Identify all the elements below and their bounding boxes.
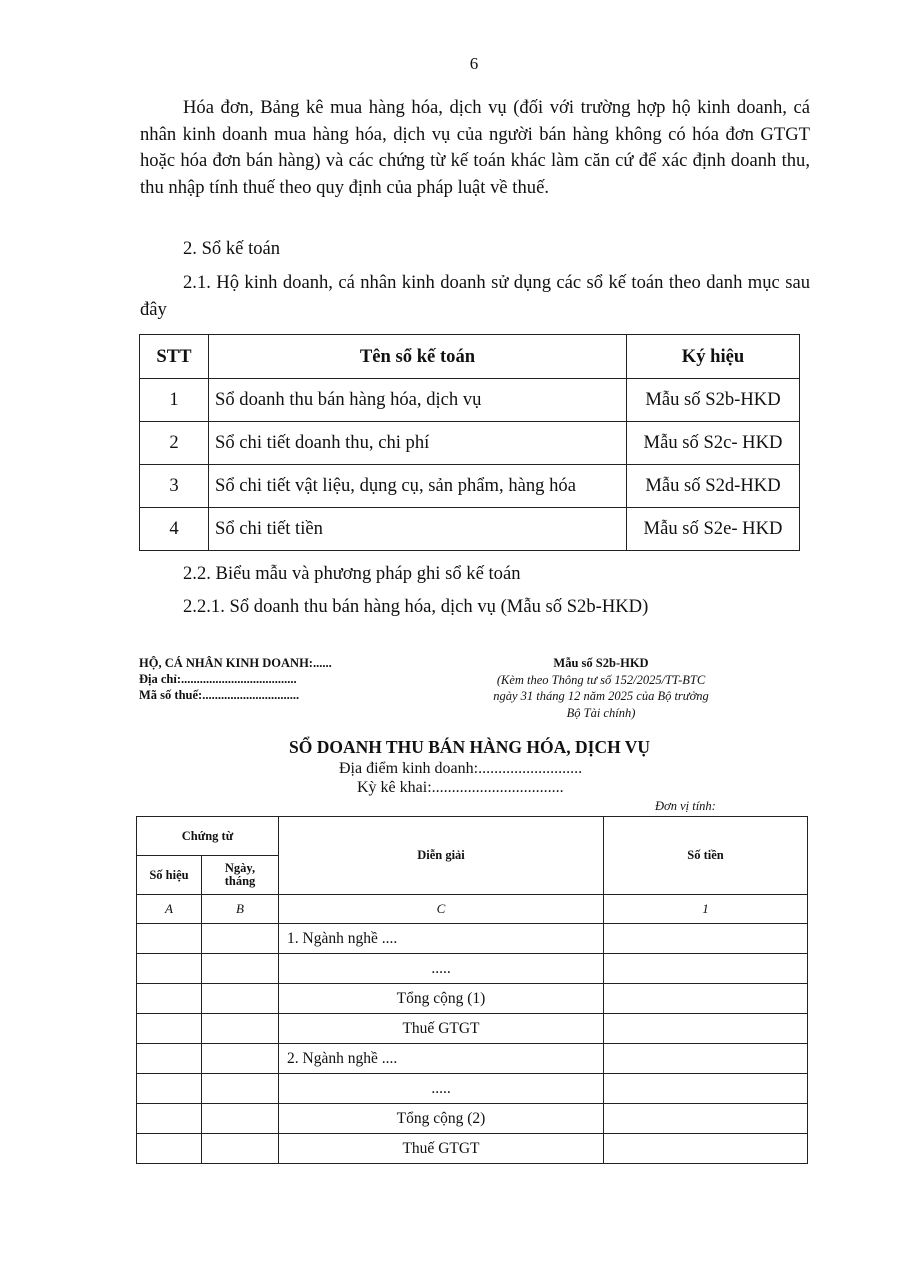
cell-doc-date — [202, 1044, 279, 1074]
cell-code: Mẫu số S2c- HKD — [627, 422, 800, 465]
cell-stt: 3 — [140, 465, 209, 508]
ledger-list-table: STT Tên sổ kế toán Ký hiệu 1 Sổ doanh th… — [139, 334, 800, 551]
section-heading-2-2-1: 2.2.1. Sổ doanh thu bán hàng hóa, dịch v… — [140, 594, 810, 621]
form-reference-line: Bộ Tài chính) — [467, 705, 735, 722]
table-row: 4 Sổ chi tiết tiền Mẫu số S2e- HKD — [140, 508, 800, 551]
table-header-row: STT Tên sổ kế toán Ký hiệu — [140, 335, 800, 379]
cell-name: Sổ chi tiết vật liệu, dụng cụ, sản phẩm,… — [209, 465, 627, 508]
cell-name: Sổ chi tiết doanh thu, chi phí — [209, 422, 627, 465]
section-2-1-paragraph: 2.1. Hộ kinh doanh, cá nhân kinh doanh s… — [140, 270, 810, 323]
cell-description: ..... — [279, 954, 604, 984]
form-reference-line: ngày 31 tháng 12 năm 2025 của Bộ trưởng — [467, 688, 735, 705]
cell-stt: 2 — [140, 422, 209, 465]
cell-amount — [604, 984, 808, 1014]
table-row: 1 Sổ doanh thu bán hàng hóa, dịch vụ Mẫu… — [140, 379, 800, 422]
column-letter: C — [279, 895, 604, 924]
cell-description: Thuế GTGT — [279, 1014, 604, 1044]
form-reference-line: (Kèm theo Thông tư số 152/2025/TT-BTC — [467, 672, 735, 689]
table-row: Thuế GTGT — [137, 1134, 808, 1164]
cell-doc-number — [137, 1074, 202, 1104]
cell-description: 1. Ngành nghề .... — [279, 924, 604, 954]
table-header-row: Chứng từ Diễn giải Số tiền — [137, 817, 808, 856]
declaration-period-field: Kỳ kê khai:.............................… — [357, 779, 564, 797]
table-row: Tổng cộng (1) — [137, 984, 808, 1014]
cell-doc-number — [137, 924, 202, 954]
column-letter: 1 — [604, 895, 808, 924]
cell-description: ..... — [279, 1074, 604, 1104]
column-group-header-voucher: Chứng từ — [137, 817, 279, 856]
revenue-ledger-table: Chứng từ Diễn giải Số tiền Số hiệu Ngày,… — [136, 816, 808, 1164]
cell-doc-number — [137, 984, 202, 1014]
column-header-amount: Số tiền — [604, 817, 808, 895]
column-letter: A — [137, 895, 202, 924]
cell-name: Sổ doanh thu bán hàng hóa, dịch vụ — [209, 379, 627, 422]
cell-description: Thuế GTGT — [279, 1134, 604, 1164]
form-title: SỔ DOANH THU BÁN HÀNG HÓA, DỊCH VỤ — [289, 737, 650, 758]
table-row: 2. Ngành nghề .... — [137, 1044, 808, 1074]
table-row: ..... — [137, 954, 808, 984]
tax-code-field: Mã số thuế:.............................… — [139, 687, 332, 703]
section-heading-2: 2. Sổ kế toán — [140, 236, 810, 263]
cell-code: Mẫu số S2e- HKD — [627, 508, 800, 551]
cell-doc-date — [202, 1134, 279, 1164]
cell-description: Tổng cộng (2) — [279, 1104, 604, 1134]
cell-description: Tổng cộng (1) — [279, 984, 604, 1014]
cell-amount — [604, 924, 808, 954]
cell-doc-date — [202, 1074, 279, 1104]
form-right-header: Mẫu số S2b-HKD (Kèm theo Thông tư số 152… — [467, 655, 735, 721]
cell-doc-number — [137, 1044, 202, 1074]
page-number: 6 — [0, 54, 905, 74]
cell-name: Sổ chi tiết tiền — [209, 508, 627, 551]
column-header-stt: STT — [140, 335, 209, 379]
table-row: ..... — [137, 1074, 808, 1104]
form-code: Mẫu số S2b-HKD — [467, 655, 735, 672]
cell-stt: 1 — [140, 379, 209, 422]
cell-doc-number — [137, 1014, 202, 1044]
cell-amount — [604, 1014, 808, 1044]
section-heading-2-2: 2.2. Biểu mẫu và phương pháp ghi sổ kế t… — [140, 561, 810, 588]
cell-doc-date — [202, 954, 279, 984]
column-header-name: Tên sổ kế toán — [209, 335, 627, 379]
form-left-header: HỘ, CÁ NHÂN KINH DOANH:...... Địa chỉ:..… — [139, 655, 332, 703]
column-letter: B — [202, 895, 279, 924]
cell-doc-number — [137, 954, 202, 984]
table-row: 2 Sổ chi tiết doanh thu, chi phí Mẫu số … — [140, 422, 800, 465]
cell-doc-date — [202, 1014, 279, 1044]
table-row: 3 Sổ chi tiết vật liệu, dụng cụ, sản phẩ… — [140, 465, 800, 508]
address-field: Địa chỉ:................................… — [139, 671, 332, 687]
cell-doc-number — [137, 1134, 202, 1164]
business-location-field: Địa điểm kinh doanh:....................… — [339, 760, 582, 778]
unit-label: Đơn vị tính: — [655, 799, 716, 814]
table-row: Tổng cộng (2) — [137, 1104, 808, 1134]
cell-stt: 4 — [140, 508, 209, 551]
cell-doc-number — [137, 1104, 202, 1134]
column-header-doc-number: Số hiệu — [137, 856, 202, 895]
business-name-field: HỘ, CÁ NHÂN KINH DOANH:...... — [139, 655, 332, 671]
column-letters-row: A B C 1 — [137, 895, 808, 924]
table-row: Thuế GTGT — [137, 1014, 808, 1044]
cell-amount — [604, 1044, 808, 1074]
cell-amount — [604, 1074, 808, 1104]
cell-amount — [604, 1134, 808, 1164]
cell-doc-date — [202, 924, 279, 954]
cell-description: 2. Ngành nghề .... — [279, 1044, 604, 1074]
intro-paragraph: Hóa đơn, Bảng kê mua hàng hóa, dịch vụ (… — [140, 95, 810, 201]
table-row: 1. Ngành nghề .... — [137, 924, 808, 954]
cell-doc-date — [202, 984, 279, 1014]
cell-amount — [604, 1104, 808, 1134]
column-header-code: Ký hiệu — [627, 335, 800, 379]
cell-amount — [604, 954, 808, 984]
cell-code: Mẫu số S2b-HKD — [627, 379, 800, 422]
cell-doc-date — [202, 1104, 279, 1134]
column-header-doc-date: Ngày, tháng — [202, 856, 279, 895]
column-header-description: Diễn giải — [279, 817, 604, 895]
cell-code: Mẫu số S2d-HKD — [627, 465, 800, 508]
